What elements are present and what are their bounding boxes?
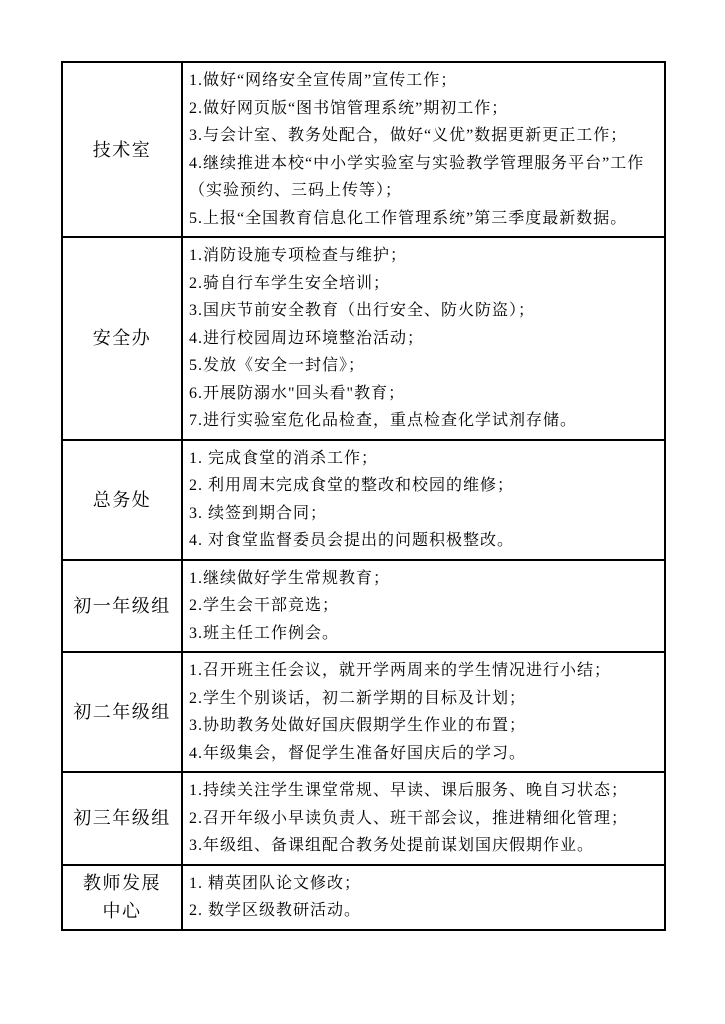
work-plan-table-body: 技术室1.做好“网络安全宣传周”宣传工作；2.做好网页版“图书馆管理系统”期初工… [62,62,665,930]
task-item: 2. 数学区级教研活动。 [189,897,660,925]
department-cell: 技术室 [62,62,182,237]
table-row: 初三年级组1.持续关注学生课堂常规、早读、课后服务、晚自习状态；2.召开年级小早… [62,772,665,865]
tasks-cell: 1.继续做好学生常规教育；2.学生会干部竞选；3.班主任工作例会。 [182,560,665,653]
document-page: 技术室1.做好“网络安全宣传周”宣传工作；2.做好网页版“图书馆管理系统”期初工… [0,0,725,1024]
task-item: 1.持续关注学生课堂常规、早读、课后服务、晚自习状态； [189,777,660,805]
task-item: 3.与会计室、教务处配合，做好“义优”数据更新更正工作； [189,122,660,150]
task-item: 5.发放《安全一封信》； [189,352,660,380]
task-item: 7.进行实验室危化品检查，重点检查化学试剂存储。 [189,407,660,435]
tasks-cell: 1.召开班主任会议，就开学两周来的学生情况进行小结；2.学生个别谈话，初二新学期… [182,652,665,772]
task-item: 1. 精英团队论文修改； [189,870,660,898]
department-cell: 初二年级组 [62,652,182,772]
department-cell: 初一年级组 [62,560,182,653]
department-cell: 教师发展 中心 [62,865,182,930]
task-item: 2.骑自行车学生安全培训； [189,270,660,298]
task-item: 2.学生会干部竞选； [189,592,660,620]
task-item: 2.召开年级小早读负责人、班干部会议，推进精细化管理； [189,805,660,833]
department-cell: 总务处 [62,440,182,560]
task-item: 2. 利用周末完成食堂的整改和校园的维修； [189,472,660,500]
department-cell: 安全办 [62,237,182,440]
task-item: 1. 完成食堂的消杀工作； [189,445,660,473]
task-item: 3. 续签到期合同； [189,500,660,528]
table-row: 教师发展 中心1. 精英团队论文修改；2. 数学区级教研活动。 [62,865,665,930]
task-item: 3.年级组、备课组配合教务处提前谋划国庆假期作业。 [189,832,660,860]
task-item: 4.进行校园周边环境整治活动； [189,325,660,353]
tasks-cell: 1.做好“网络安全宣传周”宣传工作；2.做好网页版“图书馆管理系统”期初工作；3… [182,62,665,237]
table-row: 总务处1. 完成食堂的消杀工作；2. 利用周末完成食堂的整改和校园的维修；3. … [62,440,665,560]
task-item: 4. 对食堂监督委员会提出的问题积极整改。 [189,527,660,555]
task-item: 1.消防设施专项检查与维护； [189,242,660,270]
task-item: 6.开展防溺水"回头看"教育； [189,380,660,408]
tasks-cell: 1.消防设施专项检查与维护；2.骑自行车学生安全培训；3.国庆节前安全教育（出行… [182,237,665,440]
task-item: 3.协助教务处做好国庆假期学生作业的布置； [189,712,660,740]
table-row: 初二年级组1.召开班主任会议，就开学两周来的学生情况进行小结；2.学生个别谈话，… [62,652,665,772]
task-item: 2.做好网页版“图书馆管理系统”期初工作； [189,95,660,123]
work-plan-table: 技术室1.做好“网络安全宣传周”宣传工作；2.做好网页版“图书馆管理系统”期初工… [61,61,666,931]
task-item: 5.上报“全国教育信息化工作管理系统”第三季度最新数据。 [189,205,660,233]
tasks-cell: 1.持续关注学生课堂常规、早读、课后服务、晚自习状态；2.召开年级小早读负责人、… [182,772,665,865]
task-item: 3.班主任工作例会。 [189,620,660,648]
task-item: 3.国庆节前安全教育（出行安全、防火防盗）； [189,297,660,325]
table-row: 初一年级组1.继续做好学生常规教育；2.学生会干部竞选；3.班主任工作例会。 [62,560,665,653]
department-cell: 初三年级组 [62,772,182,865]
table-row: 技术室1.做好“网络安全宣传周”宣传工作；2.做好网页版“图书馆管理系统”期初工… [62,62,665,237]
task-item: 1.召开班主任会议，就开学两周来的学生情况进行小结； [189,657,660,685]
task-item: 1.做好“网络安全宣传周”宣传工作； [189,67,660,95]
tasks-cell: 1. 精英团队论文修改；2. 数学区级教研活动。 [182,865,665,930]
task-item: 2.学生个别谈话，初二新学期的目标及计划； [189,685,660,713]
table-row: 安全办1.消防设施专项检查与维护；2.骑自行车学生安全培训；3.国庆节前安全教育… [62,237,665,440]
tasks-cell: 1. 完成食堂的消杀工作；2. 利用周末完成食堂的整改和校园的维修；3. 续签到… [182,440,665,560]
task-item: 4.年级集会，督促学生准备好国庆后的学习。 [189,740,660,768]
task-item: 4.继续推进本校“中小学实验室与实验教学管理服务平台”工作 （实验预约、三码上传… [189,150,660,205]
task-item: 1.继续做好学生常规教育； [189,565,660,593]
